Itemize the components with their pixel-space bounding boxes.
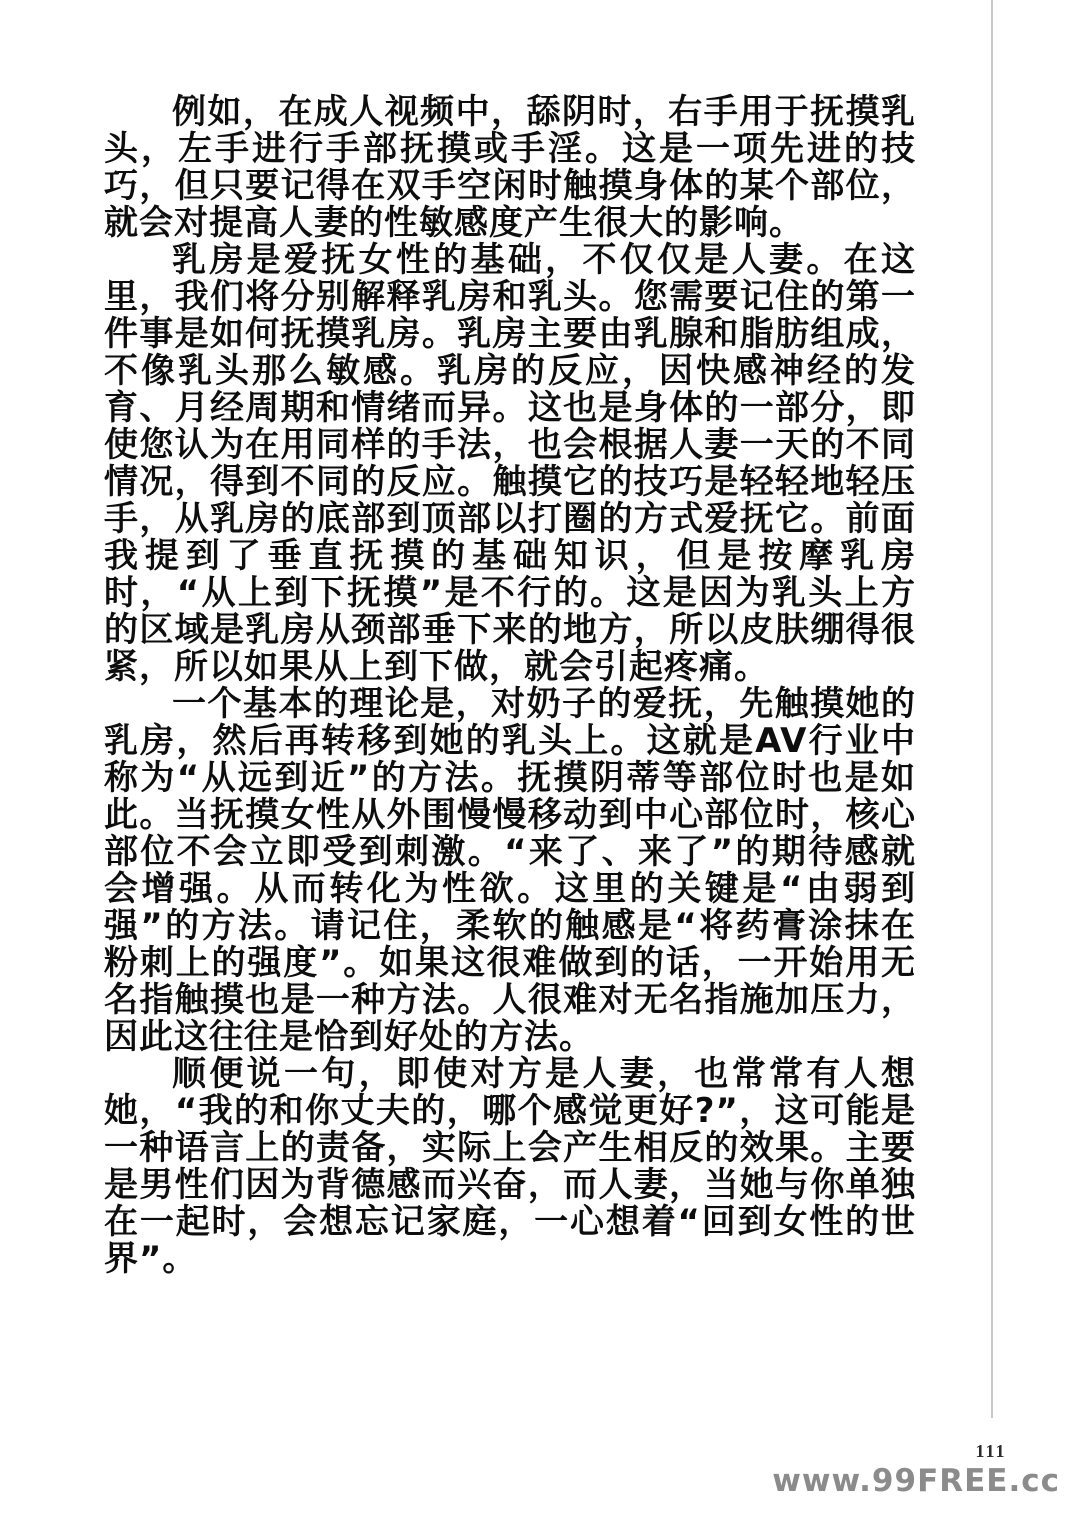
page-edge-line — [991, 0, 993, 1418]
paragraph: 例如，在成人视频中，舔阴时，右手用于抚摸乳头，左手进行手部抚摸或手淫。这是一项先… — [104, 94, 916, 242]
body-text: 例如，在成人视频中，舔阴时，右手用于抚摸乳头，左手进行手部抚摸或手淫。这是一项先… — [104, 94, 916, 1278]
scanned-book-page: 例如，在成人视频中，舔阴时，右手用于抚摸乳头，左手进行手部抚摸或手淫。这是一项先… — [0, 0, 1080, 1532]
watermark-text: www.99FREE.cc — [772, 1463, 1060, 1499]
paragraph: 乳房是爱抚女性的基础，不仅仅是人妻。在这里，我们将分别解释乳房和乳头。您需要记住… — [104, 242, 916, 686]
paragraph: 顺便说一句，即使对方是人妻，也常常有人想她，“我的和你丈夫的，哪个感觉更好?”，… — [104, 1056, 916, 1278]
page-number: 111 — [956, 1441, 1026, 1462]
paragraph: 一个基本的理论是，对奶子的爱抚，先触摸她的乳房，然后再转移到她的乳头上。这就是A… — [104, 686, 916, 1056]
